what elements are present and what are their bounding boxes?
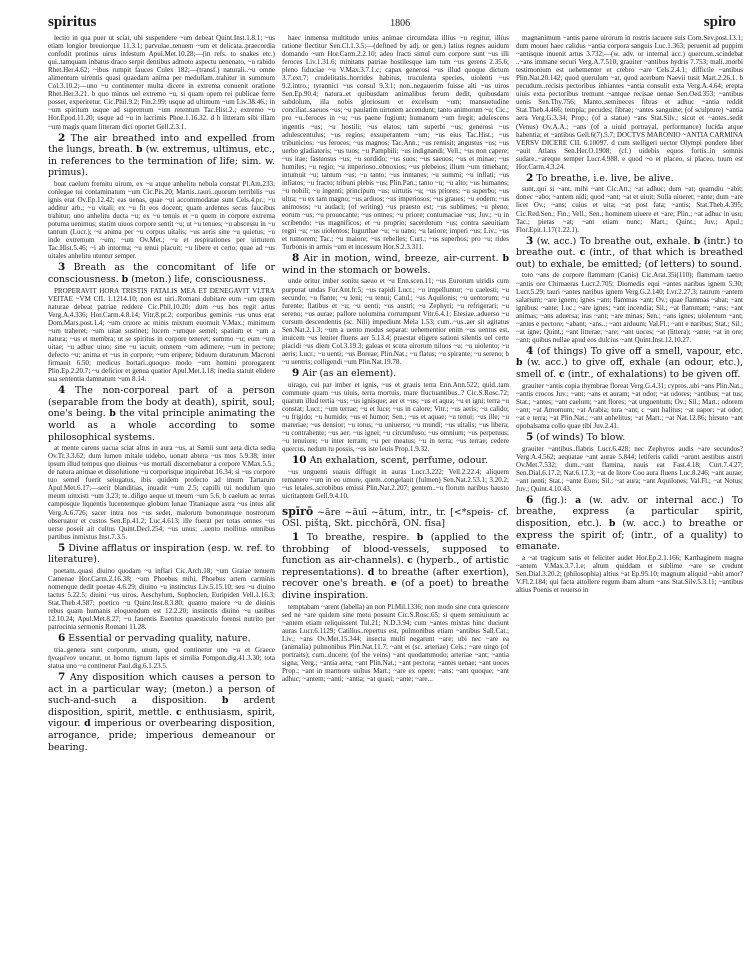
sense-definition: 2 The air breathed into and expelled fro… [48,133,275,179]
subsense-letter: b [122,274,129,285]
citation-block: uirago, cui par imber et ignis, ~us et g… [282,381,509,453]
citation-block: grauiter ~antis copia thymbrae floreat V… [516,382,743,430]
sense-number: 2 [526,172,533,184]
subsense-letter: b [502,253,509,264]
citation-block: temptabam ~arent (labella) an non Pl.Mil… [282,603,509,683]
sense-definition: 1 To breathe, respire. b (applied to the… [282,532,509,602]
sense-number: 5 [526,431,533,443]
citation-block: a ~at tragicum satis et feliciter audet … [516,554,743,594]
sense-number: 10 [292,454,307,466]
sense-text: (fig.): [541,495,567,506]
sense-definition: 6 Essential or pervading quality, nature… [48,633,275,645]
sense-text: Air in motion, wind, breeze, air-current… [303,253,498,264]
sense-number: 6 [526,494,533,506]
subsense-letter: b [694,236,701,247]
running-head: spiritus 1806 spiro [48,14,736,30]
sense-number: 3 [526,235,533,247]
sense-definition: 4 The non-corporeal part of a person (se… [48,385,275,443]
subsense-letter: c [407,555,413,566]
sense-text: To breathe, i.e. live, be alive. [536,173,673,184]
subsense-letter: b [609,518,616,529]
dictionary-columns: lectio in qua puer ut sciat, ubi suspend… [48,34,738,957]
entry-etymology: ~āre ~āuī ~ātum, intr., tr. [<*speis- cf… [282,507,509,530]
citation-block: tria..genera sunt corporum, unum, quod c… [48,646,275,670]
subsense-letter: a [575,495,581,506]
subsense-letter: c [559,369,565,380]
citation-block: boat caelum fremitu uirum, ex ~u atque a… [48,180,275,260]
sense-text: Essential or pervading quality, nature. [68,633,250,644]
column-middle: haec inmensa multitudo unius animae circ… [282,34,509,957]
sense-definition: 3 (w. acc.) To breathe out, exhale. b (i… [516,236,743,271]
subsense-text: (meton.) life, consciousness. [131,274,266,285]
sense-definition: 3 Breath as the concomitant of life or c… [48,262,275,285]
subsense-text: wind in the stomach or bowels. [282,265,430,276]
subsense-letter: b [222,695,229,706]
column-left: lectio in qua puer ut sciat, ubi suspend… [48,34,275,957]
sense-number: 6 [58,632,65,644]
subsense-text: imperious or overbearing disposition, ar… [48,718,275,752]
sense-definition: 7 Any disposition which causes a person … [48,672,275,753]
sense-number: 4 [58,384,65,396]
citation-block: magnanimum ~antis paene uirorum in rostr… [516,34,743,171]
sense-number: 3 [58,261,65,273]
sense-definition: 2 To breathe, i.e. live, be alive. [516,173,743,185]
running-head-left-word: spiritus [48,14,96,31]
subsense-letter: c [580,247,586,258]
sense-text: An exhalation, scent, perfume, odour. [310,455,488,466]
page-number: 1806 [390,18,410,29]
sense-number: 2 [58,132,65,144]
entry-headword: spīrō [282,505,313,518]
subsense-text: (intr., of exhalations) to be given off. [568,369,741,380]
sense-number: 8 [292,252,299,264]
citation-block: PROPERAVIT HORA TRISTIS FATALIS MEA ET D… [48,287,275,384]
sense-definition: 10 An exhalation, scent, perfume, odour. [282,455,509,467]
sense-definition: 5 Divine afflatus or inspiration (esp. w… [48,543,275,566]
subsense-letter: b [417,532,424,543]
running-head-right-word: spiro [704,14,736,31]
citation-block: at mente carens uacua sciat altus in aur… [48,444,275,541]
subsense-letter: b [109,408,116,419]
subsense-letter: d [84,718,91,729]
subsense-letter: e [391,578,397,589]
sense-number: 1 [292,531,299,543]
sense-definition: 5 (of winds) To blow. [516,432,743,444]
citation-block: lectio in qua puer ut sciat, ubi suspend… [48,34,275,131]
sense-text: (of things) To give off a smell, vapour,… [537,346,743,357]
subsense-letter: c [176,707,182,718]
sense-text: Air (as an element). [302,368,396,379]
sense-definition: 4 (of things) To give off a smell, vapou… [516,346,743,381]
sense-definition: 9 Air (as an element). [282,368,509,380]
citation-block: unde oritur imber sonitu saeuo et ~u Enn… [282,277,509,366]
sense-number: 4 [526,345,533,357]
citation-block: sunt..qui si ~ant, mihi ~ant Cic.Att.; ~… [516,185,743,233]
sense-number: 9 [292,367,299,379]
citation-block: grauiter ~antibus..flabris Lucr.6.428; n… [516,445,743,493]
sense-text: Divine afflatus or inspiration (esp. w. … [48,543,275,566]
sense-number: 7 [58,671,65,683]
citation-block: ~us unguenti suauis diffugit in auras Lu… [282,468,509,500]
sense-definition: 8 Air in motion, wind, breeze, air-curre… [282,253,509,276]
sense-text: (w. acc.) To breathe out, exhale. [537,236,691,247]
sense-text: To breathe, respire. [307,532,410,543]
sense-number: 5 [58,542,65,554]
subsense-letter: b [136,144,143,155]
citation-block: poetam..quasi diuino quodam ~u inflari C… [48,567,275,631]
sense-text: Any disposition which causes a person to… [48,672,275,706]
sense-text: (of winds) To blow. [536,432,625,443]
column-right: magnanimum ~antis paene uirorum in rostr… [516,34,743,957]
citation-block: haec inmensa multitudo unius animae circ… [282,34,509,251]
sense-definition: 6 (fig.): a (w. adv. or internal acc.) T… [516,495,743,553]
entry-headword-line: spīrō ~āre ~āuī ~ātum, intr., tr. [<*spe… [282,506,509,530]
citation-block: toto ~ans de corpore flammam (Canis) Cic… [516,271,743,343]
subsense-letter: b [516,357,523,368]
subsense-letter: d [368,567,375,578]
